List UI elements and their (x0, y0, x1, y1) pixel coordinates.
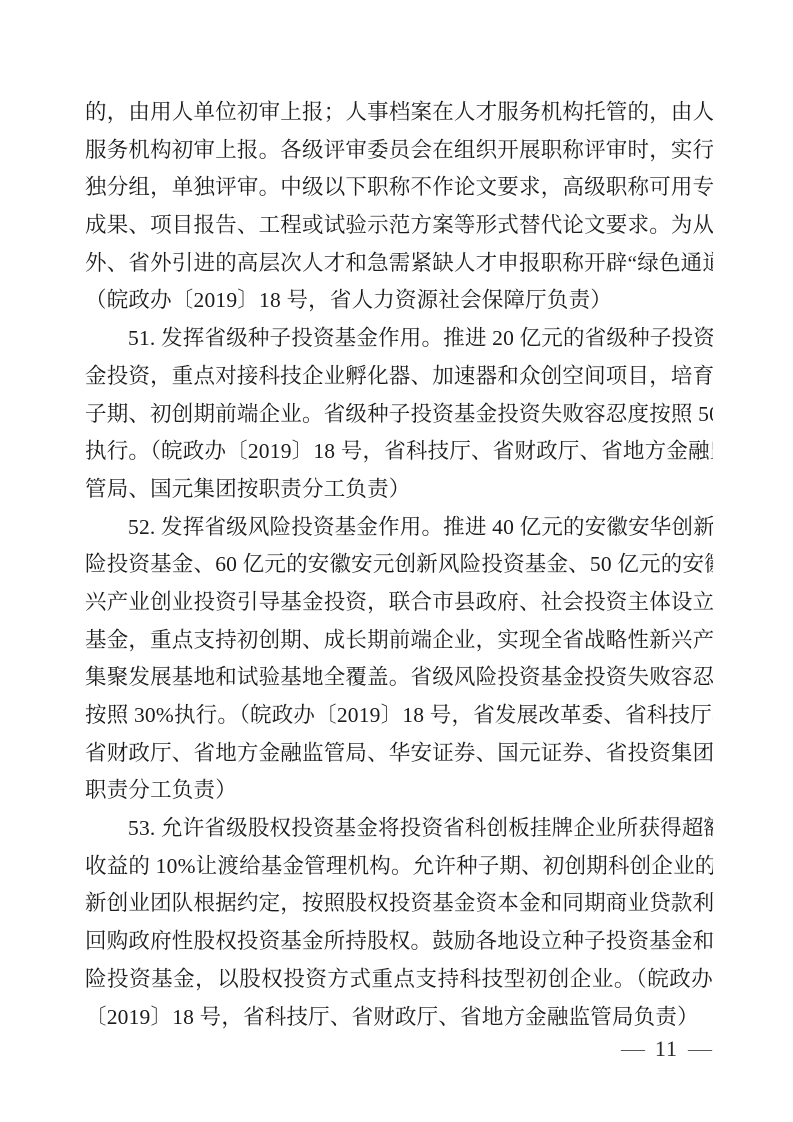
text-line: 收益的 10%让渡给基金管理机构。允许种子期、初创期科创企业的创 (85, 848, 713, 886)
page-footer: — 11 — (623, 1033, 710, 1065)
text-line: 〔2019〕18 号，省科技厅、省财政厅、省地方金融监管局负责） (85, 999, 713, 1037)
text-line: 回购政府性股权投资基金所持股权。鼓励各地设立种子投资基金和风 (85, 923, 713, 961)
text-line: 省财政厅、省地方金融监管局、华安证券、国元证券、省投资集团按 (85, 735, 713, 773)
text-line: 集聚发展基地和试验基地全覆盖。省级风险投资基金投资失败容忍度 (85, 659, 713, 697)
document-content: 的，由用人单位初审上报；人事档案在人才服务机构托管的，由人才服务机构初审上报。各… (85, 94, 713, 1036)
text-line: 执行。（皖政办〔2019〕18 号，省科技厅、省财政厅、省地方金融监 (85, 433, 713, 471)
text-line: 险投资基金、60 亿元的安徽安元创新风险投资基金、50 亿元的安徽新 (85, 546, 713, 584)
text-line: 职责分工负责） (85, 772, 713, 810)
footer-dash-right: — (688, 1038, 712, 1061)
text-line: 的，由用人单位初审上报；人事档案在人才服务机构托管的，由人才 (85, 94, 713, 132)
page-number: 11 (655, 1036, 678, 1062)
text-line: 成果、项目报告、工程或试验示范方案等形式替代论文要求。为从国 (85, 207, 713, 245)
text-line: 独分组，单独评审。中级以下职称不作论文要求，高级职称可用专利 (85, 169, 713, 207)
text-line: 服务机构初审上报。各级评审委员会在组织开展职称评审时，实行单 (85, 132, 713, 170)
text-line: 52. 发挥省级风险投资基金作用。推进 40 亿元的安徽安华创新风 (85, 509, 713, 547)
text-line: 基金，重点支持初创期、成长期前端企业，实现全省战略性新兴产业 (85, 622, 713, 660)
text-line: 51. 发挥省级种子投资基金作用。推进 20 亿元的省级种子投资基 (85, 320, 713, 358)
text-line: 子期、初创期前端企业。省级种子投资基金投资失败容忍度按照 50% (85, 396, 713, 434)
text-line: 外、省外引进的高层次人才和急需紧缺人才申报职称开辟“绿色通道”。 (85, 245, 713, 283)
footer-dash-left: — (621, 1038, 645, 1061)
text-line: 新创业团队根据约定，按照股权投资基金资本金和同期商业贷款利息， (85, 885, 713, 923)
text-line: （皖政办〔2019〕18 号，省人力资源社会保障厅负责） (85, 282, 713, 320)
document-page: 的，由用人单位初审上报；人事档案在人才服务机构托管的，由人才服务机构初审上报。各… (0, 0, 793, 1122)
text-line: 管局、国元集团按职责分工负责） (85, 471, 713, 509)
text-line: 按照 30%执行。（皖政办〔2019〕18 号，省发展改革委、省科技厅、 (85, 697, 713, 735)
text-line: 险投资基金，以股权投资方式重点支持科技型初创企业。（皖政办 (85, 961, 713, 999)
text-line: 53. 允许省级股权投资基金将投资省科创板挂牌企业所获得超额 (85, 810, 713, 848)
text-line: 金投资，重点对接科技企业孵化器、加速器和众创空间项目，培育种 (85, 358, 713, 396)
text-line: 兴产业创业投资引导基金投资，联合市县政府、社会投资主体设立子 (85, 584, 713, 622)
